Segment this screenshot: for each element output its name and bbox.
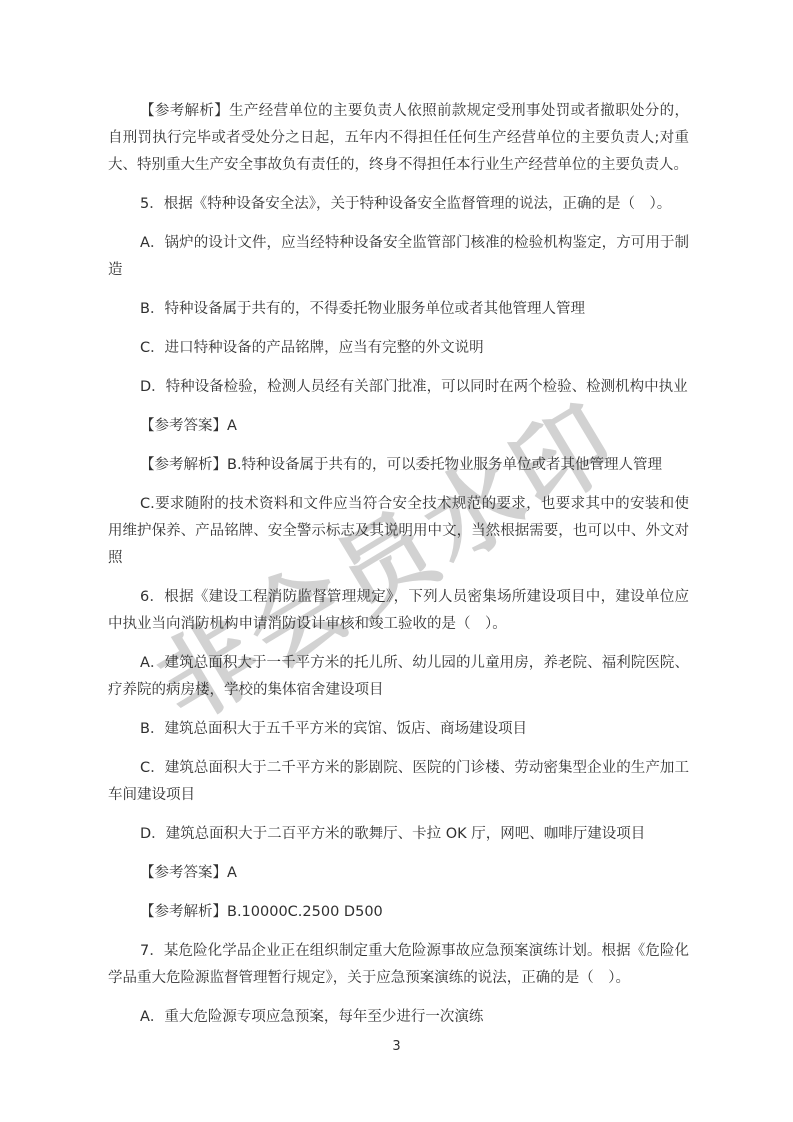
q5-option-a: A．锅炉的设计文件，应当经特种设备安全监管部门核准的检验机构鉴定，方可用于制造 [108,230,689,284]
q5-option-b: B．特种设备属于共有的，不得委托物业服务单位或者其他管理人管理 [108,296,689,323]
q7-question: 7．某危险化学品企业正在组织制定重大危险源事故应急预案演练计划。根据《危险化学品… [108,938,689,992]
q6-option-b: B．建筑总面积大于五千平方米的宾馆、饭店、商场建设项目 [108,716,689,743]
q5-option-d: D．特种设备检验，检测人员经有关部门批准，可以同时在两个检验、检测机构中执业 [108,374,689,401]
q5-analysis-b: 【参考解析】B.特种设备属于共有的，可以委托物业服务单位或者其他管理人管理 [108,452,689,479]
q6-analysis: 【参考解析】B.10000C.2500 D500 [108,899,689,926]
q5-question: 5．根据《特种设备安全法》，关于特种设备安全监督管理的说法，正确的是（ ）。 [108,191,689,218]
page-number: 3 [0,1038,793,1056]
q6-option-c: C．建筑总面积大于二千平方米的影剧院、医院的门诊楼、劳动密集型企业的生产加工车间… [108,755,689,809]
q4-analysis: 【参考解析】生产经营单位的主要负责人依照前款规定受刑事处罚或者撤职处分的，自刑罚… [108,98,689,179]
q7-option-a: A．重大危险源专项应急预案，每年至少进行一次演练 [108,1004,689,1031]
document-page: 非会员水印 【参考解析】生产经营单位的主要负责人依照前款规定受刑事处罚或者撤职处… [0,0,793,1122]
q5-analysis-c: C.要求随附的技术资料和文件应当符合安全技术规范的要求，也要求其中的安装和使用维… [108,491,689,572]
q6-question: 6．根据《建设工程消防监督管理规定》，下列人员密集场所建设项目中，建设单位应中执… [108,584,689,638]
q6-option-a: A．建筑总面积大于一千平方米的托儿所、幼儿园的儿童用房，养老院、福利院医院、疗养… [108,650,689,704]
q6-option-d: D．建筑总面积大于二百平方米的歌舞厅、卡拉 OK 厅，网吧、咖啡厅建设项目 [108,821,689,848]
q6-answer: 【参考答案】A [108,860,689,887]
q5-option-c: C．进口特种设备的产品铭牌，应当有完整的外文说明 [108,335,689,362]
q5-answer: 【参考答案】A [108,413,689,440]
document-body: 【参考解析】生产经营单位的主要负责人依照前款规定受刑事处罚或者撤职处分的，自刑罚… [108,98,689,1043]
